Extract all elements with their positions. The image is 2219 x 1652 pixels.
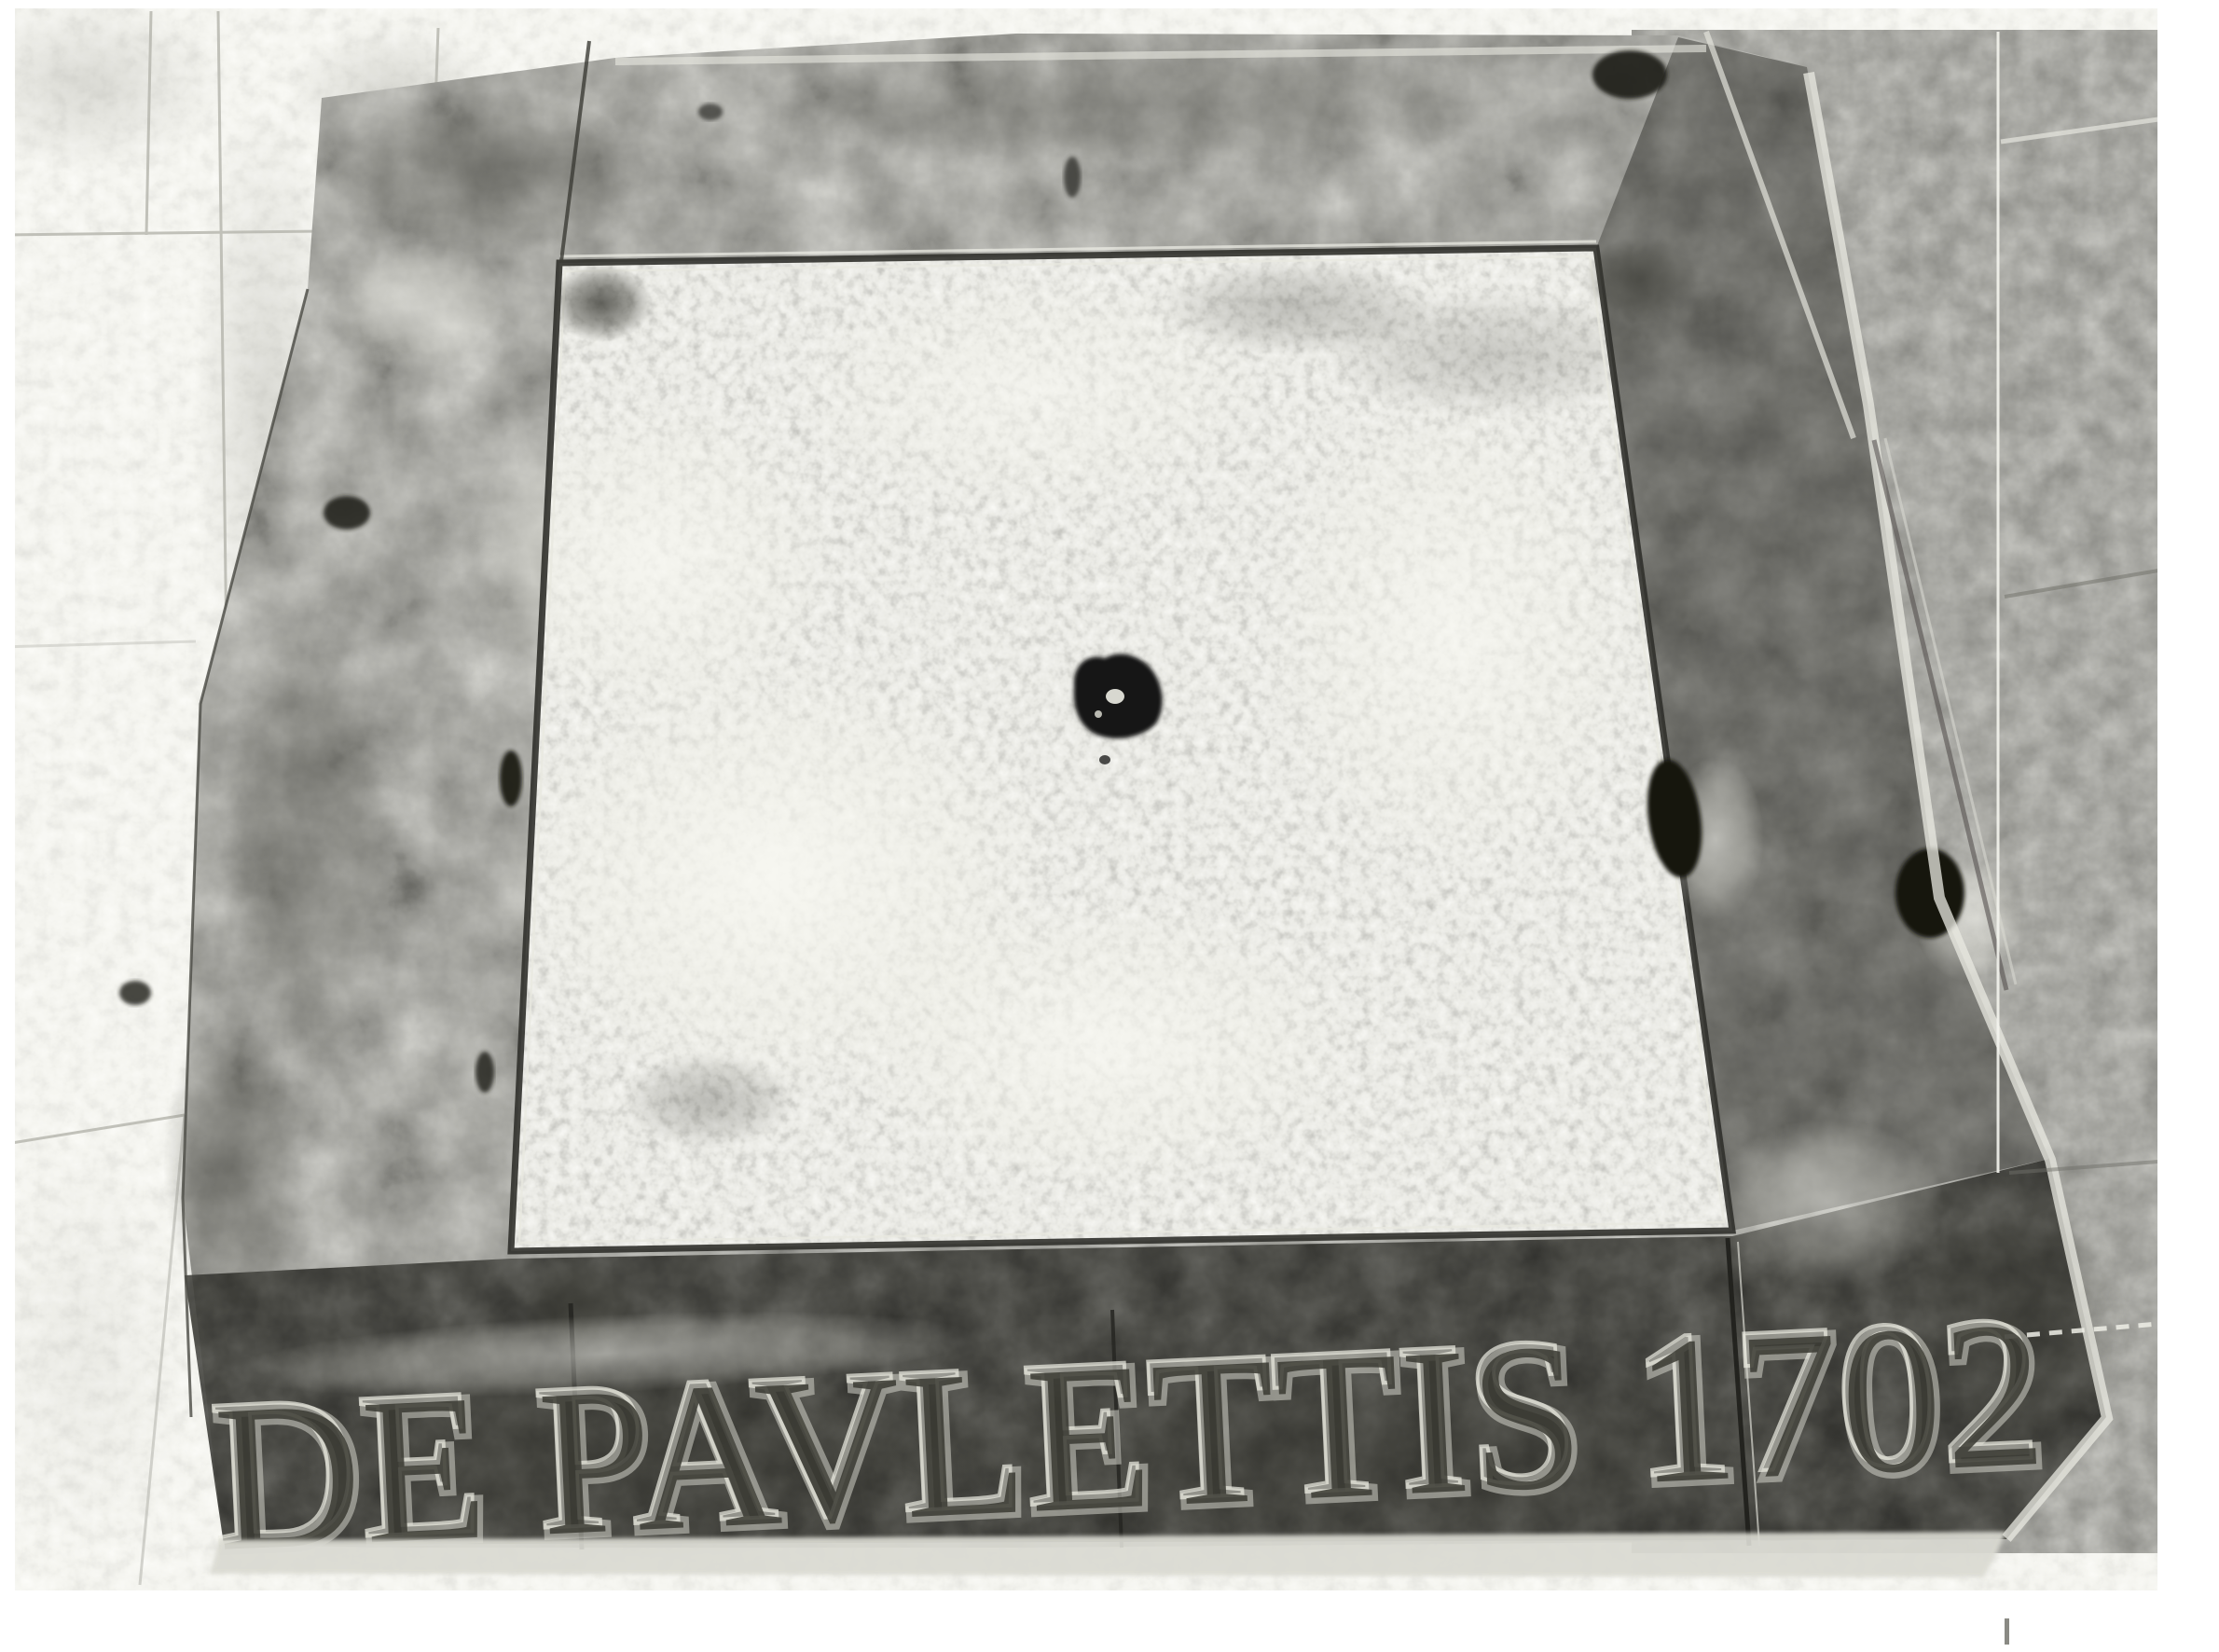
photo-canvas: DE PAVLETTIS 1702 DE PAVLETTIS 1702 DE P… (0, 0, 2219, 1652)
inner-panel (466, 237, 1732, 1348)
panel-corner-stain (550, 264, 653, 342)
panel-corner-stain-right (1583, 237, 1699, 323)
photograph-stone-slab: DE PAVLETTIS 1702 DE PAVLETTIS 1702 DE P… (0, 0, 2219, 1652)
small-pavement-hole (119, 981, 151, 1005)
margin-tick-mark (2005, 1618, 2009, 1645)
hole-light-speck (1106, 689, 1124, 704)
